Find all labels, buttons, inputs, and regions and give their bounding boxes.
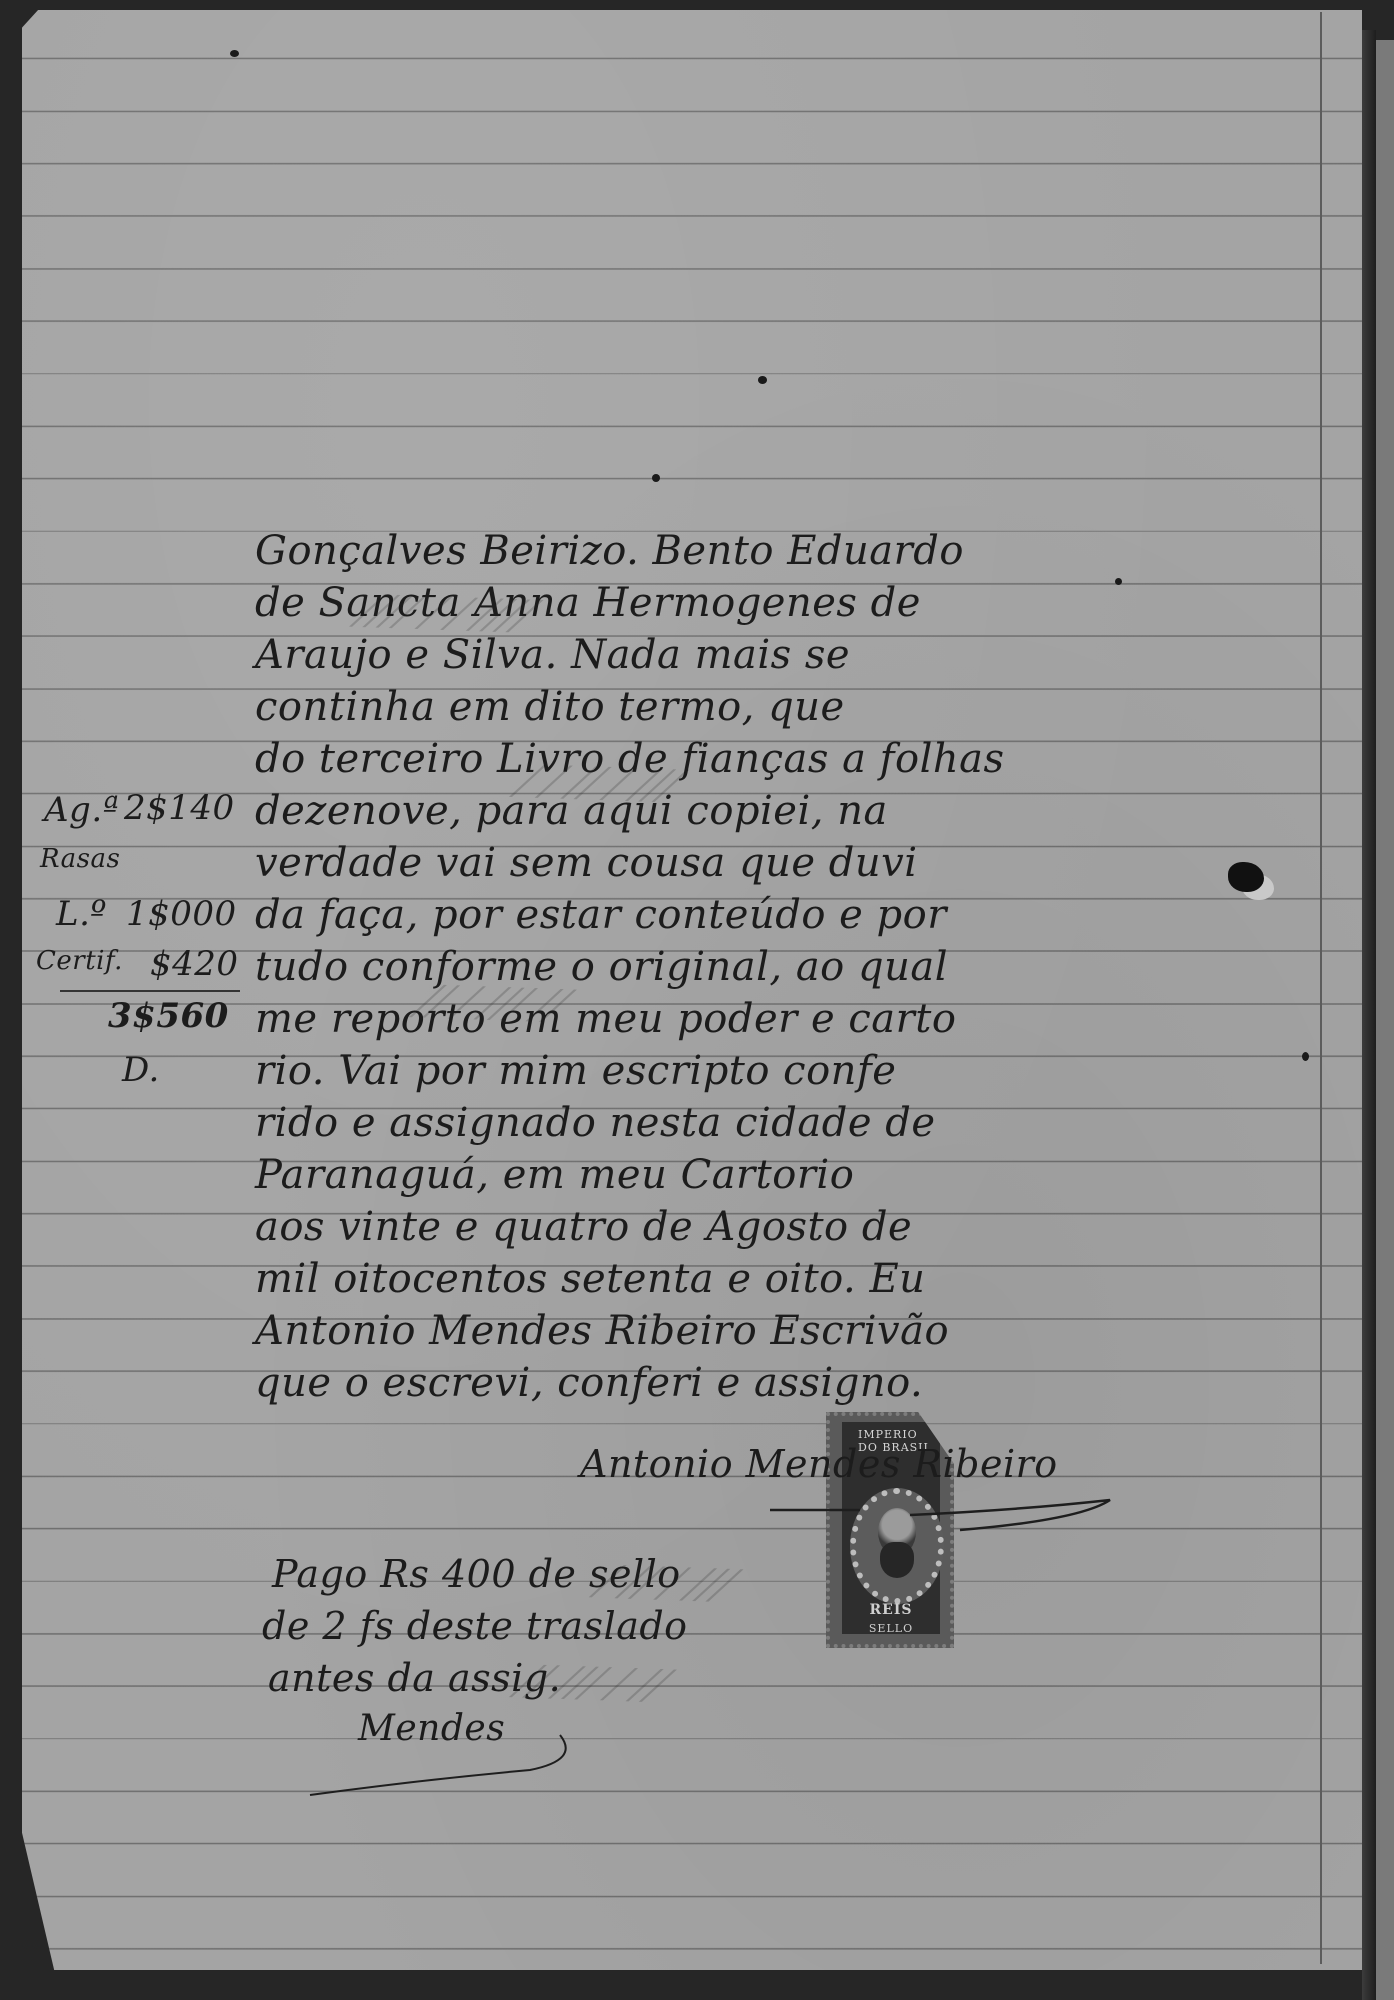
margin-note-label: D. [122, 1050, 160, 1090]
body-line: Araujo e Silva. Nada mais se [255, 632, 850, 678]
note-line: de 2 fs deste traslado [262, 1604, 688, 1648]
margin-note-label: Certif. [36, 946, 123, 976]
body-line: me reporto em meu poder e carto [255, 996, 956, 1042]
note-line: Pago Rs 400 de sello [272, 1552, 681, 1596]
ink-speck [1115, 578, 1122, 585]
note-line: antes da assig. [268, 1656, 561, 1700]
stamp-header-line: IMPERIO [858, 1428, 932, 1441]
ink-speck [652, 474, 660, 482]
stamp-currency: REIS [842, 1602, 940, 1618]
body-line: do terceiro Livro de fianças a folhas [255, 736, 1005, 782]
margin-note-value: 2$140 [124, 788, 235, 828]
sum-underline [60, 990, 240, 992]
body-line: mil oitocentos setenta e oito. Eu [255, 1256, 925, 1302]
margin-note-label: Ag.ª [44, 790, 119, 830]
ink-speck [758, 376, 767, 384]
body-line: rido e assignado nesta cidade de [255, 1100, 936, 1146]
body-line: aos vinte e quatro de Agosto de [255, 1204, 912, 1250]
body-line: dezenove, para aqui copiei, na [255, 788, 888, 834]
note-flourish-icon [300, 1730, 580, 1800]
page-edge-shadow [1362, 30, 1376, 2000]
margin-note-value: 1$000 [126, 894, 237, 934]
signature-flourish-icon [760, 1470, 1120, 1550]
body-line: Paranaguá, em meu Cartorio [255, 1152, 854, 1198]
margin-note-total: 3$560 [108, 996, 229, 1036]
body-line: de Sancta Anna Hermogenes de [255, 580, 921, 626]
body-line: da faça, por estar conteúdo e por [255, 892, 947, 938]
body-line: continha em dito termo, que [255, 684, 845, 730]
stamp-footer: SELLO [842, 1622, 940, 1635]
body-line: rio. Vai por mim escripto confe [255, 1048, 896, 1094]
body-line: tudo conforme o original, ao qual [255, 944, 948, 990]
ink-speck [230, 50, 239, 57]
body-line: que o escrevi, conferi e assigno. [255, 1360, 923, 1406]
margin-note-label: L.º [56, 894, 107, 934]
paper-hole-damage [1228, 862, 1264, 892]
body-line: Gonçalves Beirizo. Bento Eduardo [255, 528, 964, 574]
body-line: Antonio Mendes Ribeiro Escrivão [255, 1308, 949, 1354]
body-line: verdade vai sem cousa que duvi [255, 840, 917, 886]
margin-note-value: $420 [150, 944, 239, 984]
ink-speck [1302, 1052, 1309, 1061]
right-margin-rule [1320, 12, 1322, 1964]
margin-note-label: Rasas [40, 844, 120, 874]
